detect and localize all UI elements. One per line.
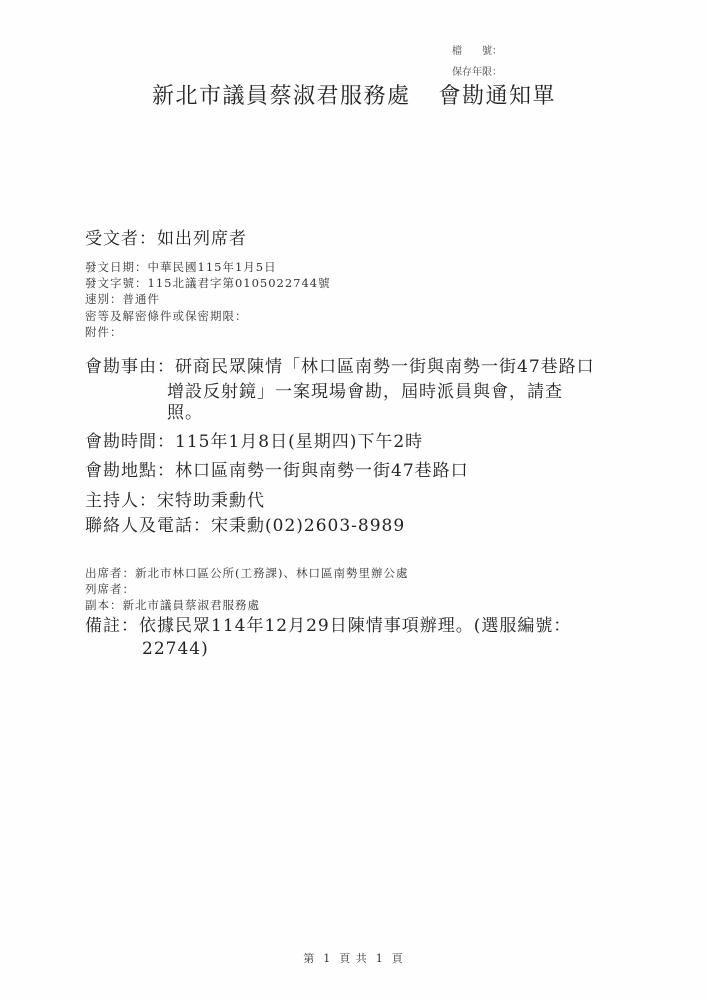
copy-to: 副本：新北市議員蔡淑君服務處	[85, 600, 260, 612]
inspection-reason-label: 會勘事由：	[85, 357, 175, 377]
attachment: 附件：	[85, 327, 123, 339]
retention-period-field: 保存年限：	[452, 68, 502, 78]
page-footer: 第1頁 共1頁	[0, 953, 707, 964]
page-current: 1	[323, 952, 331, 965]
doc-type: 會勘通知單	[439, 84, 557, 109]
office-name: 新北市議員蔡淑君服務處	[152, 84, 411, 109]
document-page: 檔 號： 保存年限： 新北市議員蔡淑君服務處會勘通知單 受文者：如出列席者 發文…	[0, 0, 707, 1000]
recipient-value: 如出列席者	[157, 229, 247, 249]
file-number-label: 檔 號：	[452, 46, 502, 57]
inspection-reason-line-3: 照。	[167, 405, 203, 422]
speed-class: 速別：普通件	[85, 294, 160, 306]
observers: 列席者：	[85, 584, 135, 596]
page-suffix: 頁	[392, 952, 404, 965]
inspection-reason-line-1: 研商民眾陳情「林口區南勢一街與南勢一街47巷路口	[175, 357, 595, 377]
issue-date: 發文日期：中華民國115年1月5日	[85, 262, 277, 274]
remarks-line-2: 22744)	[142, 641, 209, 658]
page-prefix: 第	[303, 952, 315, 965]
recipient-line: 受文者：如出列席者	[85, 231, 247, 248]
contact-person: 聯絡人及電話：宋秉勳(02)2603-8989	[85, 518, 405, 535]
doc-number: 發文字號：115北議君字第0105022744號	[85, 278, 331, 290]
inspection-location: 會勘地點：林口區南勢一街與南勢一街47巷路口	[85, 463, 469, 480]
security-level: 密等及解密條件或保密期限：	[85, 311, 248, 323]
retention-period-label: 保存年限：	[452, 67, 502, 78]
page-total: 1	[376, 952, 384, 965]
document-title: 新北市議員蔡淑君服務處會勘通知單	[152, 86, 556, 108]
inspection-reason: 會勘事由：研商民眾陳情「林口區南勢一街與南勢一街47巷路口	[85, 359, 595, 376]
inspection-reason-line-2: 增設反射鏡」一案現場會勘，屆時派員與會，請查	[167, 384, 563, 401]
recipient-label: 受文者：	[85, 229, 157, 249]
inspection-time: 會勘時間：115年1月8日(星期四)下午2時	[85, 434, 423, 451]
file-number-field: 檔 號：	[452, 47, 502, 57]
inspection-host: 主持人：宋特助秉勳代	[85, 493, 265, 510]
page-mid: 頁 共	[339, 952, 368, 965]
remarks-line-1: 備註：依據民眾114年12月29日陳情事項辦理。(選服編號：	[85, 618, 571, 635]
attendees: 出席者：新北市林口區公所(工務課)、林口區南勢里辦公處	[85, 568, 408, 580]
